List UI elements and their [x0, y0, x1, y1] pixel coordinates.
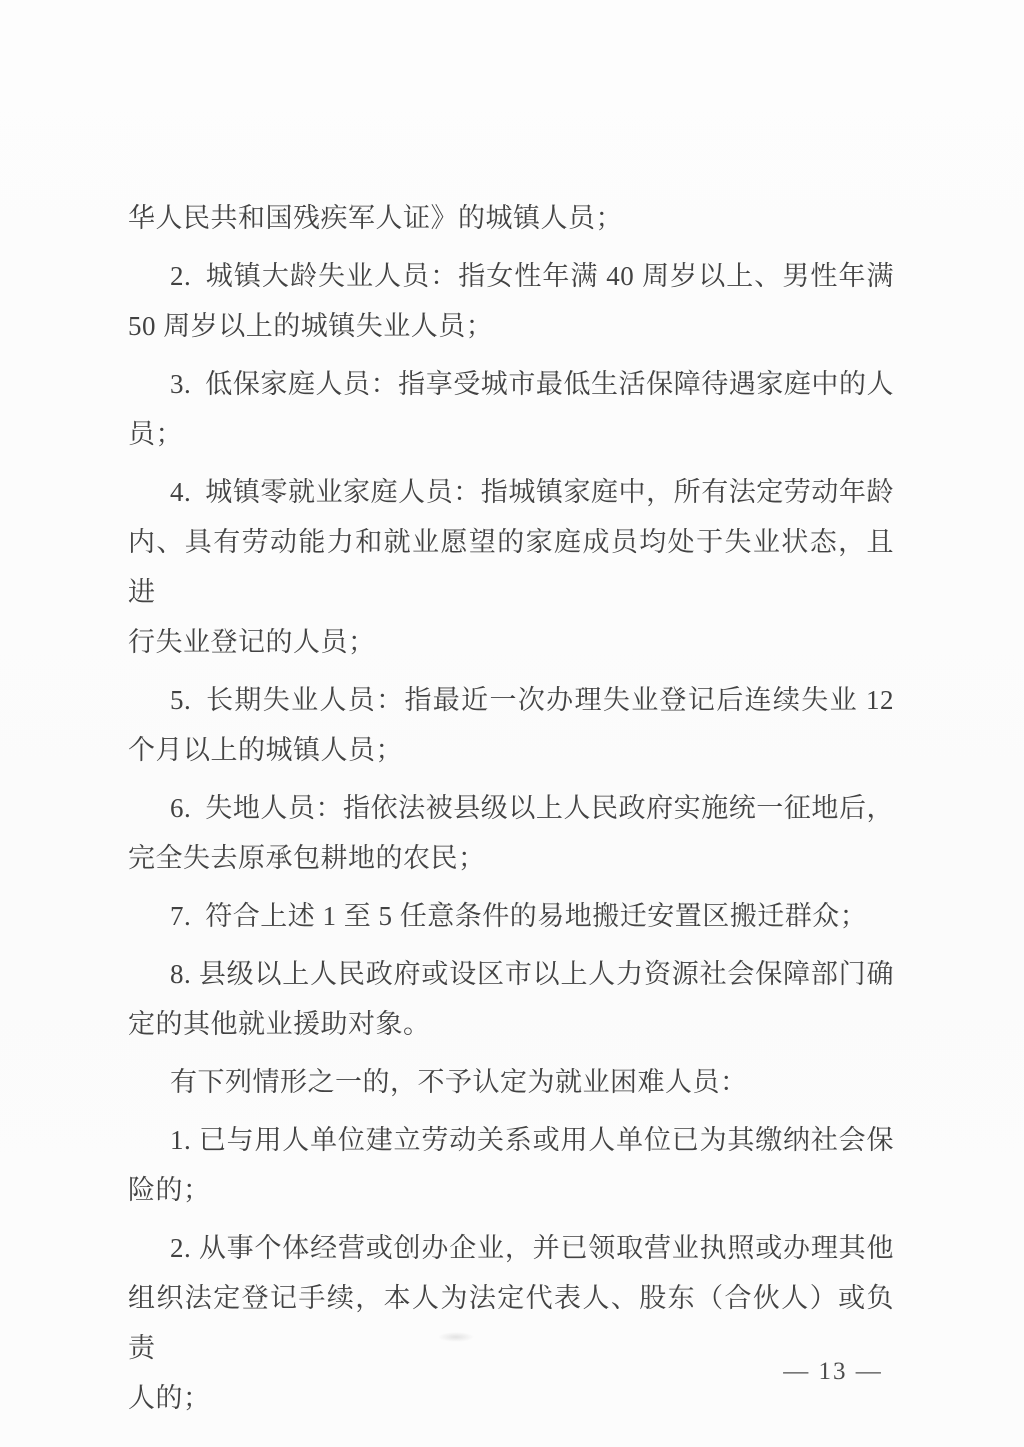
paragraph: 有下列情形之一的，不予认定为就业困难人员： — [128, 1057, 894, 1107]
scan-smudge — [438, 1332, 474, 1342]
paragraph: 2. 城镇大龄失业人员：指女性年满 40 周岁以上、男性年满50 周岁以上的城镇… — [128, 251, 894, 351]
paragraph: 1. 已与用人单位建立劳动关系或用人单位已为其缴纳社会保险的； — [128, 1115, 894, 1215]
text-line: 2. 从事个体经营或创办企业，并已领取营业执照或办理其他 — [128, 1223, 894, 1273]
text-line: 内、具有劳动能力和就业愿望的家庭成员均处于失业状态，且进 — [128, 517, 894, 617]
paragraph: 4. 城镇零就业家庭人员：指城镇家庭中，所有法定劳动年龄内、具有劳动能力和就业愿… — [128, 467, 894, 667]
paragraph: 2. 从事个体经营或创办企业，并已领取营业执照或办理其他组织法定登记手续，本人为… — [128, 1223, 894, 1423]
text-line: 华人民共和国残疾军人证》的城镇人员； — [128, 193, 894, 243]
paragraph: 5. 长期失业人员：指最近一次办理失业登记后连续失业 12个月以上的城镇人员； — [128, 675, 894, 775]
text-line: 行失业登记的人员； — [128, 617, 894, 667]
text-line: 个月以上的城镇人员； — [128, 725, 894, 775]
document-body: 华人民共和国残疾军人证》的城镇人员；2. 城镇大龄失业人员：指女性年满 40 周… — [128, 193, 894, 1423]
paragraph: 6. 失地人员：指依法被县级以上人民政府实施统一征地后，完全失去原承包耕地的农民… — [128, 783, 894, 883]
text-line: 员； — [128, 409, 894, 459]
paragraph: 8. 县级以上人民政府或设区市以上人力资源社会保障部门确定的其他就业援助对象。 — [128, 949, 894, 1049]
text-line: 2. 城镇大龄失业人员：指女性年满 40 周岁以上、男性年满 — [128, 251, 894, 301]
paragraph: 3. 低保家庭人员：指享受城市最低生活保障待遇家庭中的人员； — [128, 359, 894, 459]
text-line: 1. 已与用人单位建立劳动关系或用人单位已为其缴纳社会保 — [128, 1115, 894, 1165]
text-line: 完全失去原承包耕地的农民； — [128, 833, 894, 883]
text-line: 5. 长期失业人员：指最近一次办理失业登记后连续失业 12 — [128, 675, 894, 725]
text-line: 8. 县级以上人民政府或设区市以上人力资源社会保障部门确 — [128, 949, 894, 999]
text-line: 险的； — [128, 1165, 894, 1215]
text-line: 3. 低保家庭人员：指享受城市最低生活保障待遇家庭中的人 — [128, 359, 894, 409]
text-line: 定的其他就业援助对象。 — [128, 999, 894, 1049]
text-line: 7. 符合上述 1 至 5 任意条件的易地搬迁安置区搬迁群众； — [128, 891, 894, 941]
text-line: 有下列情形之一的，不予认定为就业困难人员： — [128, 1057, 894, 1107]
page-number: — 13 — — [778, 1356, 888, 1388]
paragraph: 7. 符合上述 1 至 5 任意条件的易地搬迁安置区搬迁群众； — [128, 891, 894, 941]
text-line: 4. 城镇零就业家庭人员：指城镇家庭中，所有法定劳动年龄 — [128, 467, 894, 517]
scanned-page: 华人民共和国残疾军人证》的城镇人员；2. 城镇大龄失业人员：指女性年满 40 周… — [0, 0, 1024, 1447]
text-line: 50 周岁以上的城镇失业人员； — [128, 301, 894, 351]
paragraph: 华人民共和国残疾军人证》的城镇人员； — [128, 193, 894, 243]
text-line: 6. 失地人员：指依法被县级以上人民政府实施统一征地后， — [128, 783, 894, 833]
